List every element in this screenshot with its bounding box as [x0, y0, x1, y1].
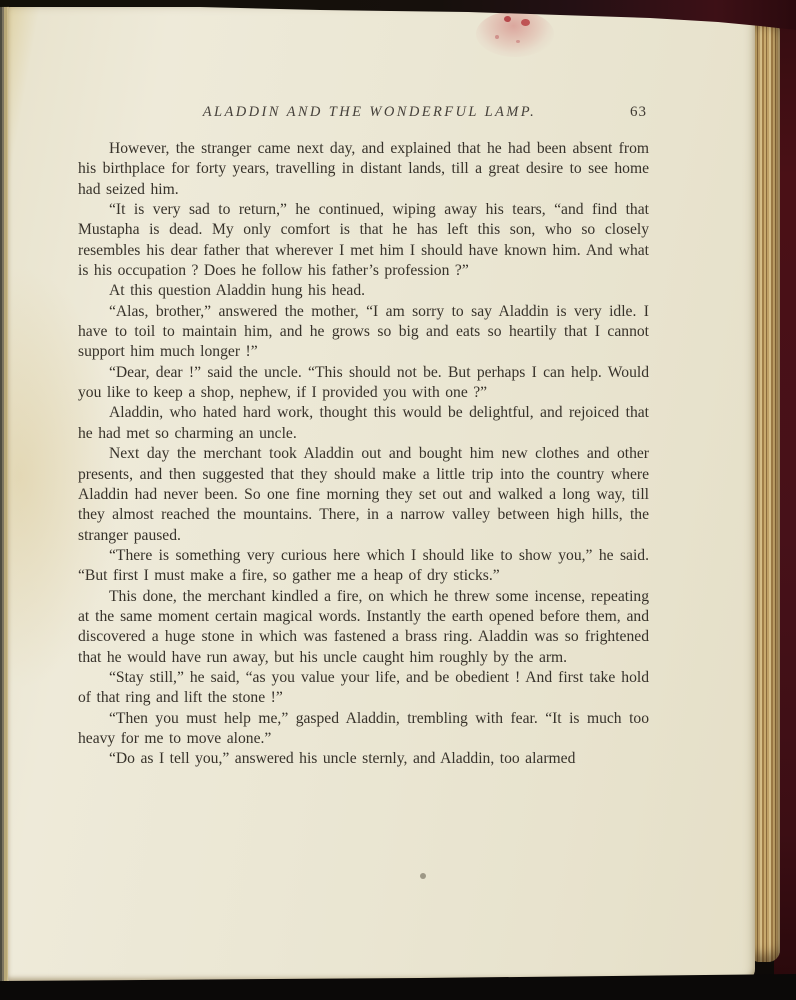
- paragraph: However, the stranger came next day, and…: [78, 139, 649, 200]
- paragraph: At this question Aladdin hung his head.: [78, 281, 649, 301]
- page-content: ALADDIN AND THE WONDERFUL LAMP. 63 Howev…: [78, 104, 649, 770]
- paragraph: Aladdin, who hated hard work, thought th…: [78, 403, 649, 444]
- red-ink-stain-dot: [504, 16, 511, 22]
- paragraph: Next day the merchant took Aladdin out a…: [78, 444, 649, 546]
- red-ink-stain-dot: [516, 40, 520, 43]
- page-number: 63: [630, 104, 647, 121]
- red-ink-stain-dot: [521, 19, 530, 26]
- paragraph: “Alas, brother,” answered the mother, “I…: [78, 302, 649, 363]
- red-ink-stain: [476, 11, 554, 57]
- paragraph: “Then you must help me,” gasped Aladdin,…: [78, 709, 649, 750]
- paragraph: This done, the merchant kindled a fire, …: [78, 587, 649, 668]
- page-edge-stack-right: [751, 16, 780, 962]
- running-header: ALADDIN AND THE WONDERFUL LAMP. 63: [78, 104, 649, 126]
- paragraph: “There is something very curious here wh…: [78, 546, 649, 587]
- paragraph: “Stay still,” he said, “as you value you…: [78, 668, 649, 709]
- red-ink-stain-dot: [495, 35, 499, 39]
- chapter-title: ALADDIN AND THE WONDERFUL LAMP.: [203, 104, 536, 121]
- paragraph: “It is very sad to return,” he continued…: [78, 200, 649, 281]
- body-text: However, the stranger came next day, and…: [78, 139, 649, 770]
- paragraph: “Dear, dear !” said the uncle. “This sho…: [78, 363, 649, 404]
- ink-dot-artifact: [420, 873, 426, 879]
- paragraph: “Do as I tell you,” answered his uncle s…: [78, 749, 649, 769]
